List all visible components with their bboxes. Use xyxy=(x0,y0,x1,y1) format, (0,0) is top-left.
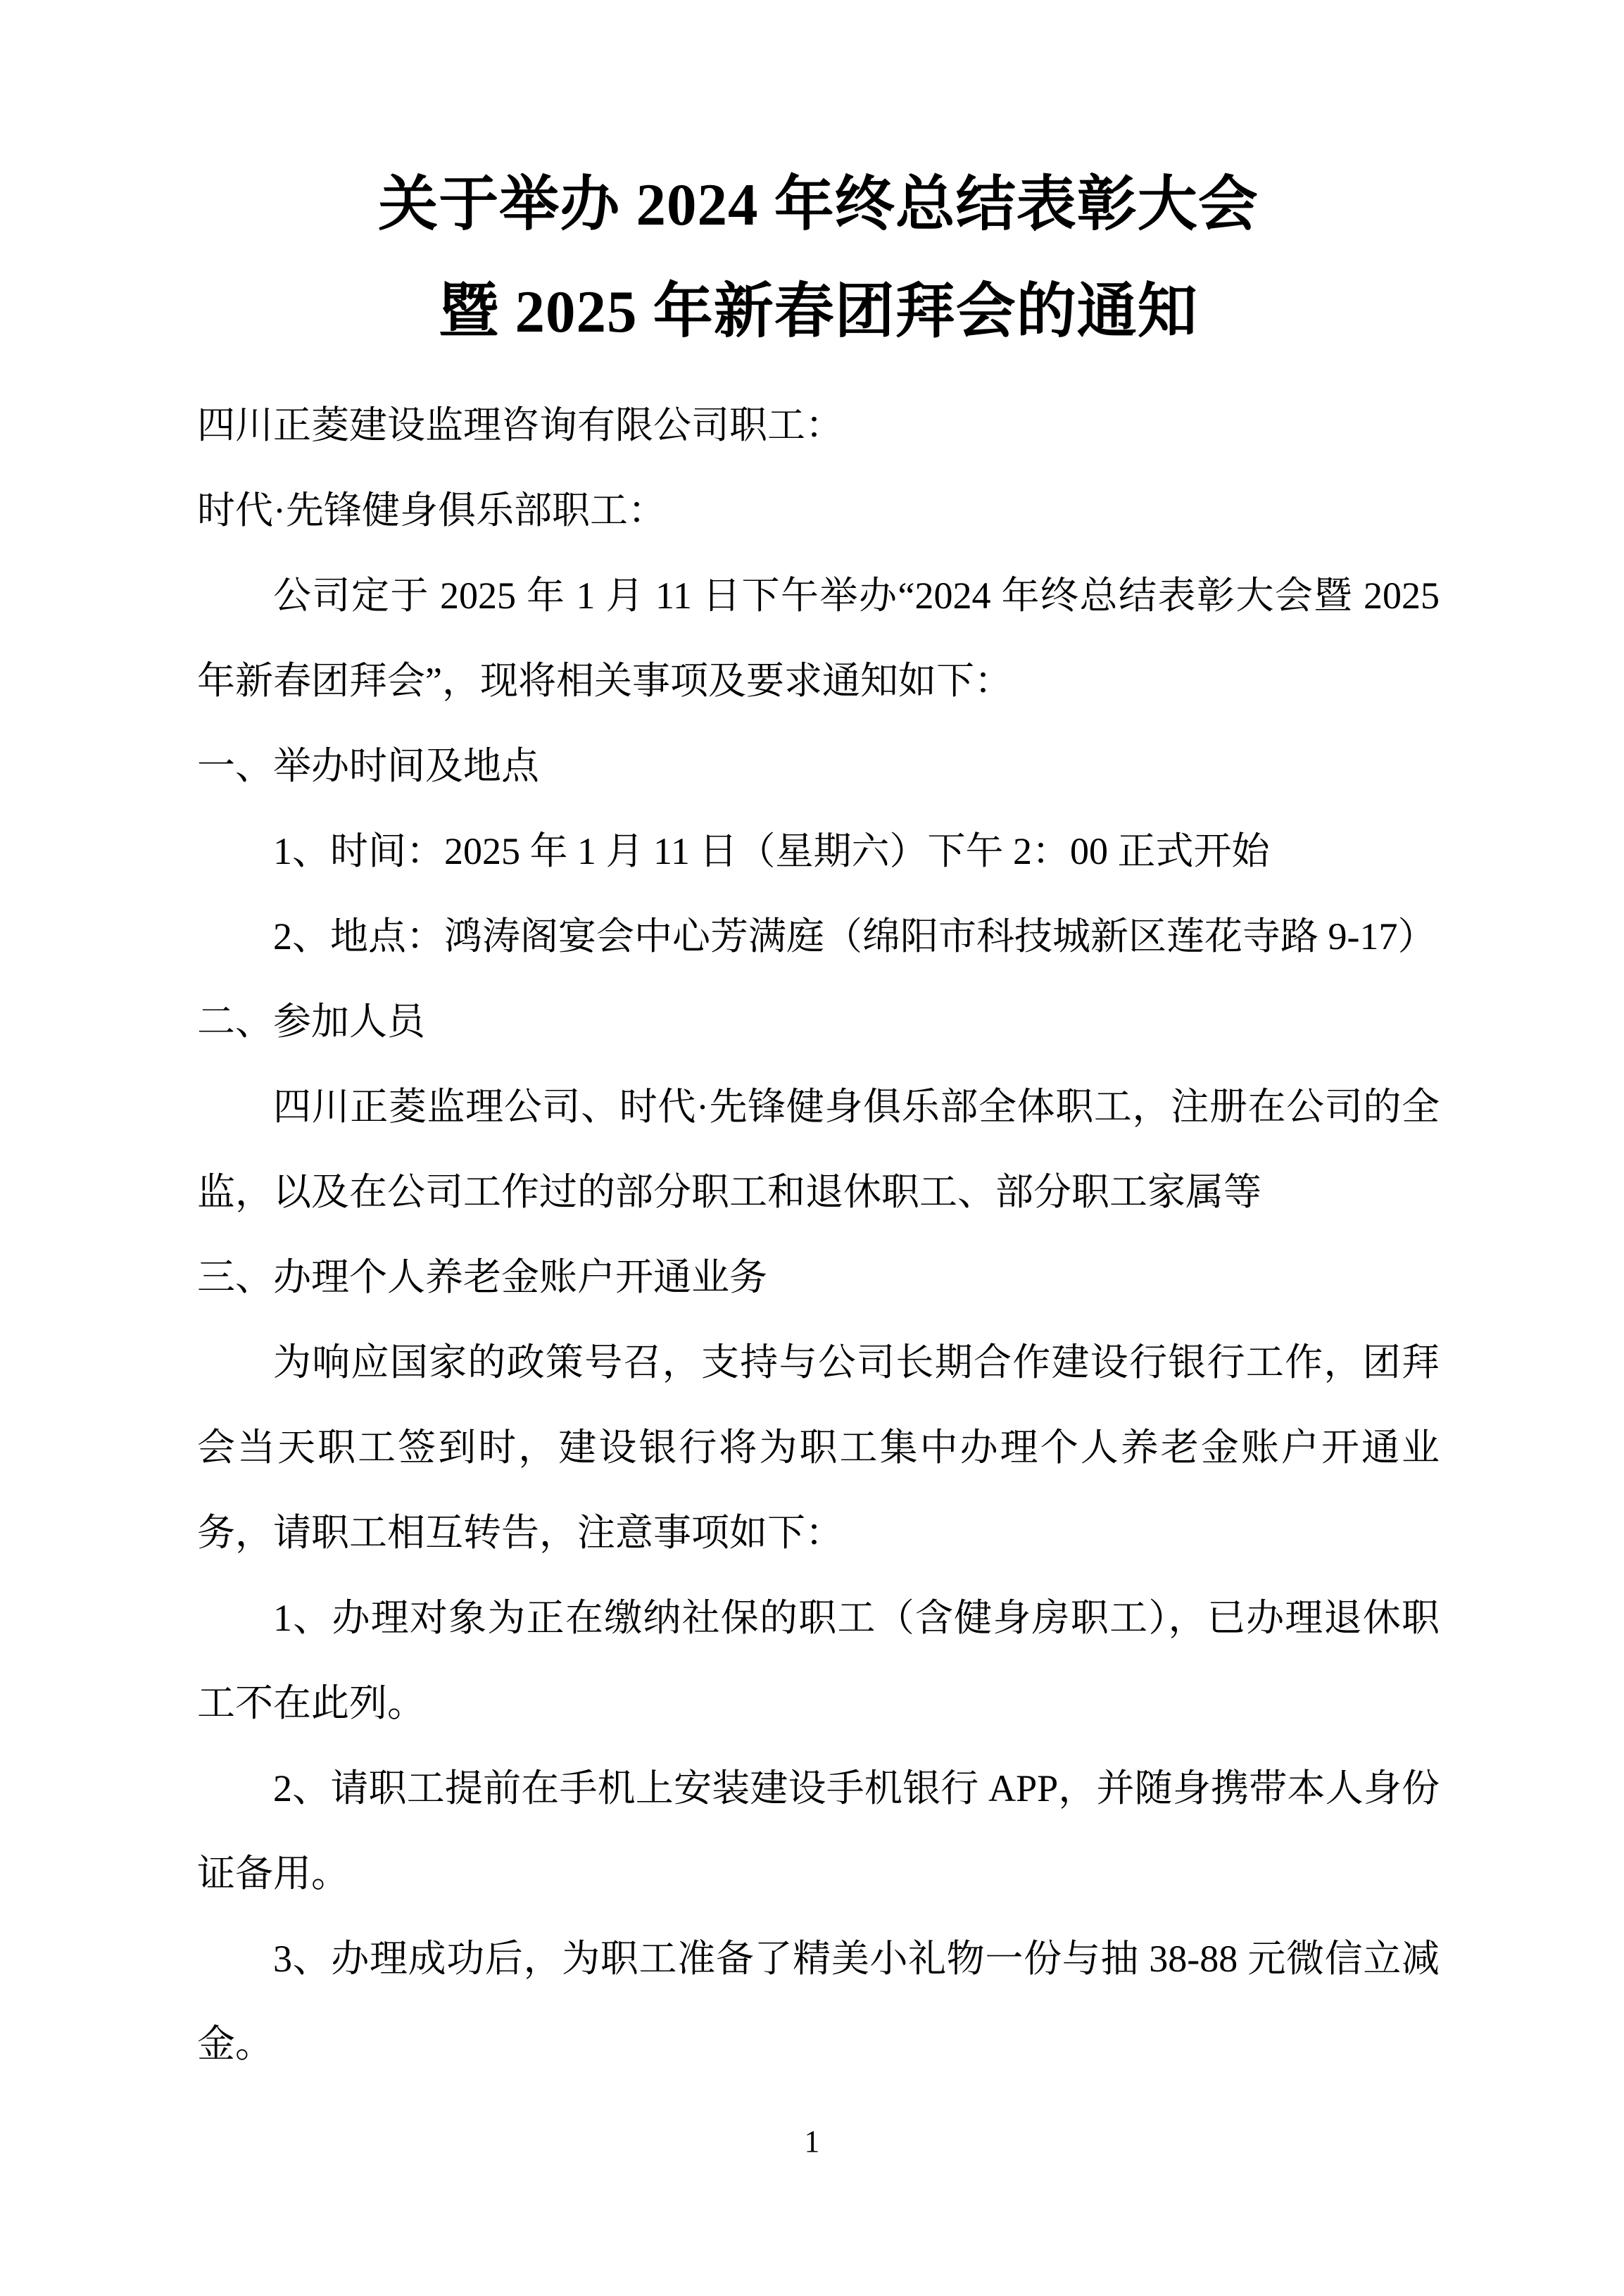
note-1-eligibility: 1、办理对象为正在缴纳社保的职工（含健身房职工），已办理退休职工不在此列。 xyxy=(197,1576,1440,1746)
intro-paragraph: 公司定于 2025 年 1 月 11 日下午举办“2024 年终总结表彰大会暨 … xyxy=(197,553,1440,724)
section-2-heading: 二、参加人员 xyxy=(197,979,1440,1065)
page-number: 1 xyxy=(0,2121,1624,2163)
section-3-heading: 三、办理个人养老金账户开通业务 xyxy=(197,1235,1440,1320)
title-line-1: 关于举办 2024 年终总结表彰大会 xyxy=(197,151,1440,258)
salutation-fitness-club-staff: 时代·先锋健身俱乐部职工： xyxy=(197,468,1440,553)
note-2-app-install: 2、请职工提前在手机上安装建设手机银行 APP，并随身携带本人身份证备用。 xyxy=(197,1746,1440,1917)
title-line-2: 暨 2025 年新春团拜会的通知 xyxy=(197,258,1440,365)
document-body: 四川正菱建设监理咨询有限公司职工： 时代·先锋健身俱乐部职工： 公司定于 202… xyxy=(197,383,1440,2087)
note-3-gift: 3、办理成功后，为职工准备了精美小礼物一份与抽 38-88 元微信立减金。 xyxy=(197,1917,1440,2087)
pension-intro-paragraph: 为响应国家的政策号召，支持与公司长期合作建设行银行工作，团拜会当天职工签到时，建… xyxy=(197,1320,1440,1576)
section-1-heading: 一、举办时间及地点 xyxy=(197,724,1440,809)
participants-paragraph: 四川正菱监理公司、时代·先锋健身俱乐部全体职工，注册在公司的全监，以及在公司工作… xyxy=(197,1065,1440,1235)
item-1-time: 1、时间：2025 年 1 月 11 日（星期六）下午 2：00 正式开始 xyxy=(197,809,1440,894)
document-page: 关于举办 2024 年终总结表彰大会 暨 2025 年新春团拜会的通知 四川正菱… xyxy=(0,0,1624,2296)
salutation-company-staff: 四川正菱建设监理咨询有限公司职工： xyxy=(197,383,1440,468)
item-2-location: 2、地点：鸿涛阁宴会中心芳满庭（绵阳市科技城新区莲花寺路 9-17） xyxy=(197,894,1440,979)
document-title: 关于举办 2024 年终总结表彰大会 暨 2025 年新春团拜会的通知 xyxy=(197,151,1440,365)
